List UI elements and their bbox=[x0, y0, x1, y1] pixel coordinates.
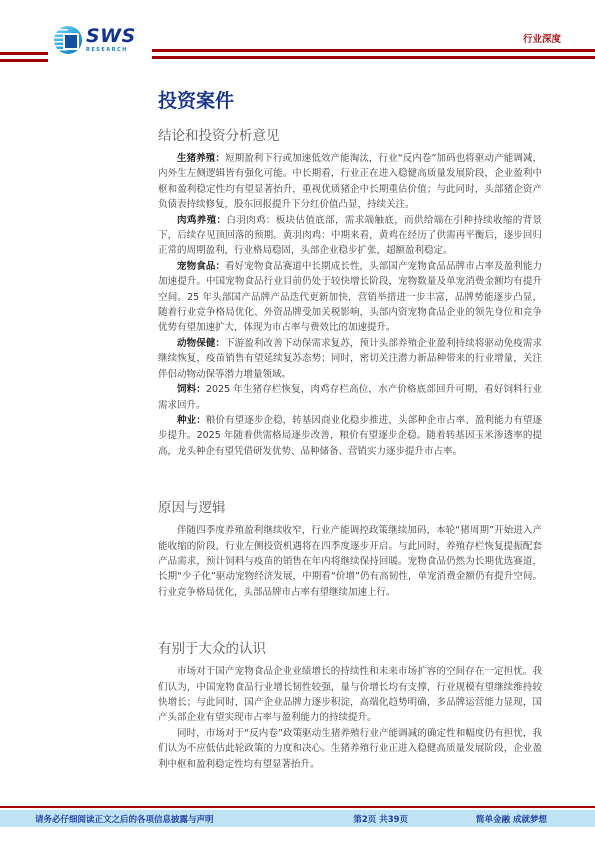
doc-type-label: 行业深度 bbox=[523, 31, 561, 45]
logo-brand: SWS bbox=[86, 27, 136, 46]
paragraph-text: 2025 年生猪存栏恢复，肉鸡存栏高位，水产价格底部回升可期，看好饲料行业需求回… bbox=[158, 384, 542, 410]
paragraph: 生猪养殖：短期盈利下行或加速低效产能淘汰，行业“反内卷”加码也将驱动产能调减，内… bbox=[158, 151, 542, 213]
footer-disclaimer: 请务必仔细阅读正文之后的各项信息披露与声明 bbox=[35, 813, 214, 825]
paragraph: 宠物食品：看好宠物食品赛道中长期成长性，头部国产宠物食品品牌市占率及盈利能力加速… bbox=[158, 259, 542, 336]
paragraph-text: 市场对于国产宠物食品企业业绩增长的持续性和未来市场扩容的空间存在一定担忧。我们认… bbox=[158, 666, 542, 723]
paragraph: 同时，市场对于“反内卷”政策驱动生猪养殖行业产能调减的确定性和幅度仍有担忧，我们… bbox=[158, 726, 542, 772]
paragraph: 伴随四季度养殖盈利继续收窄，行业产能调控政策继续加码，本轮“猪周期”开始进入产能… bbox=[158, 523, 542, 600]
paragraph-text: 同时，市场对于“反内卷”政策驱动生猪养殖行业产能调减的确定性和幅度仍有担忧，我们… bbox=[158, 728, 542, 770]
logo-text: SWS RESEARCH bbox=[86, 27, 136, 53]
paragraph: 饲料：2025 年生猪存栏恢复，肉鸡存栏高位，水产价格底部回升可期，看好饲料行业… bbox=[158, 382, 542, 413]
paragraph: 种业：粮价有望逐步企稳，转基因商业化稳步推进，头部种企市占率、盈利能力有望逐步提… bbox=[158, 413, 542, 459]
paragraph: 市场对于国产宠物食品企业业绩增长的持续性和未来市场扩容的空间存在一定担忧。我们认… bbox=[158, 664, 542, 726]
footer-bar: 请务必仔细阅读正文之后的各项信息披露与声明 第2页 共39页 简单金融 成就梦想 bbox=[0, 810, 595, 827]
section-heading-different: 有别于大众的认识 bbox=[158, 637, 542, 657]
paragraph: 肉鸡养殖：白羽肉鸡：板块估值底部，需求端触底，而供给端在引种持续收缩的背景下，后… bbox=[158, 213, 542, 259]
footer-slogan: 简单金融 成就梦想 bbox=[476, 813, 547, 825]
footer-page-number: 第2页 共39页 bbox=[353, 813, 408, 825]
header-rule-left bbox=[0, 52, 48, 62]
paragraph-lead: 宠物食品： bbox=[177, 261, 225, 272]
sws-globe-icon bbox=[54, 26, 82, 54]
paragraph-lead: 饲料： bbox=[177, 384, 206, 395]
page-footer: 请务必仔细阅读正文之后的各项信息披露与声明 第2页 共39页 简单金融 成就梦想 bbox=[0, 806, 595, 827]
page-title: 投资案件 bbox=[158, 86, 542, 113]
report-body: 投资案件 结论和投资分析意见 生猪养殖：短期盈利下行或加速低效产能淘汰，行业“反… bbox=[158, 86, 542, 772]
paragraph-lead: 肉鸡养殖： bbox=[177, 215, 226, 226]
report-page: SWS RESEARCH 行业深度 投资案件 结论和投资分析意见 生猪养殖：短期… bbox=[0, 0, 595, 841]
paragraph-lead: 种业： bbox=[177, 415, 206, 426]
paragraph-text: 粮价有望逐步企稳，转基因商业化稳步推进，头部种企市占率、盈利能力有望逐步提升。2… bbox=[158, 415, 542, 457]
paragraph-text: 伴随四季度养殖盈利继续收窄，行业产能调控政策继续加码，本轮“猪周期”开始进入产能… bbox=[158, 525, 542, 598]
sws-logo: SWS RESEARCH bbox=[54, 26, 136, 54]
header-rule-right bbox=[152, 49, 595, 59]
logo-subtitle: RESEARCH bbox=[86, 48, 136, 53]
paragraph-lead: 动物保健： bbox=[177, 338, 225, 349]
paragraph-lead: 生猪养殖： bbox=[177, 153, 225, 164]
paragraph: 动物保健：下游盈利改善下动保需求复苏，预计头部养殖企业盈利持续将驱动免疫需求继续… bbox=[158, 336, 542, 382]
section-heading-conclusion: 结论和投资分析意见 bbox=[158, 124, 542, 144]
section-heading-logic: 原因与逻辑 bbox=[158, 496, 542, 516]
